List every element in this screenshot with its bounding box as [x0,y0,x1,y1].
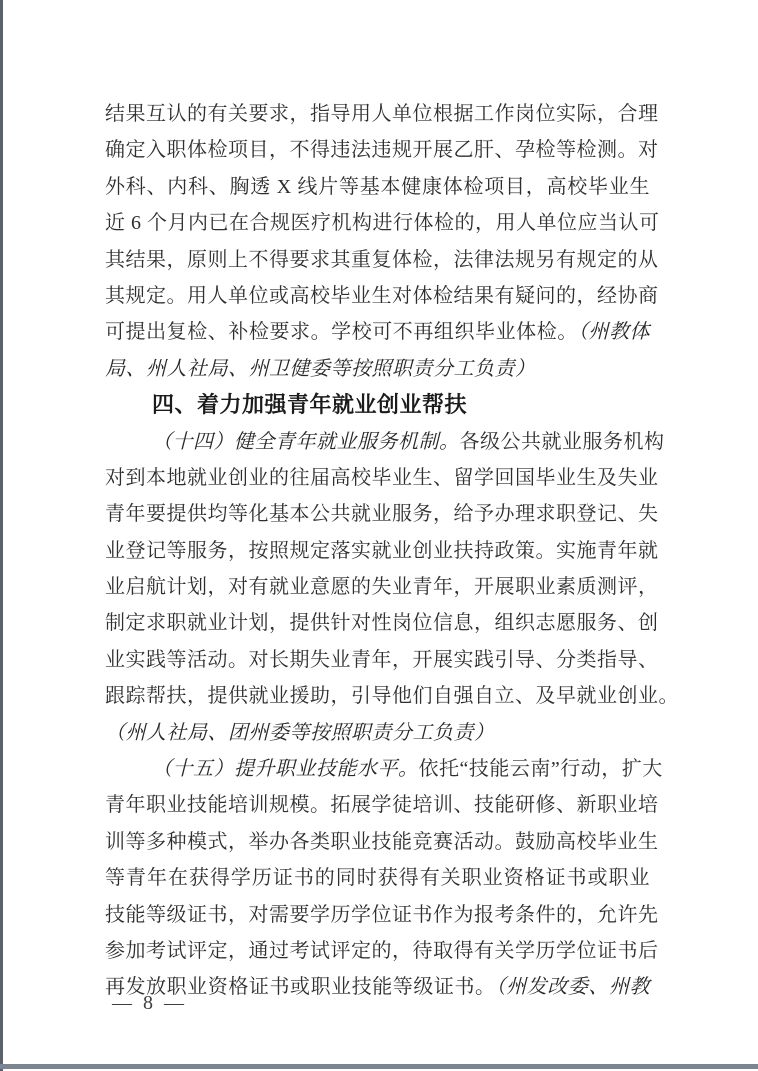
text-line: （州人社局、团州委等按照职责分工负责） [105,715,650,751]
text-line: 结果互认的有关要求，指导用人单位根据工作岗位实际，合理 [105,96,650,132]
scan-bottom-edge-line [0,1064,758,1069]
text-line: 青年职业技能培训规模。拓展学徒培训、技能研修、新职业培 [105,787,650,823]
text-line: 制定求职就业计划，提供针对性岗位信息，组织志愿服务、创 [105,605,650,641]
text-line: 技能等级证书，对需要学历学位证书作为报考条件的，允许先 [105,897,650,933]
body-text-segment: 青年职业技能培训规模。拓展学徒培训、技能研修、新职业培 [105,794,659,816]
attribution-text-segment: （州发改委、州教 [496,976,650,998]
body-text-segment: 可提出复检、补检要求。学校可不再组织毕业体检。 [105,321,578,343]
body-text-segment: 跟踪帮扶，提供就业援助，引导他们自强自立、及早就业创业。 [105,685,679,707]
body-text-segment: 制定求职就业计划，提供针对性岗位信息，组织志愿服务、创 [105,612,659,634]
text-line: 青年要提供均等化基本公共就业服务，给予办理求职登记、失 [105,496,650,532]
text-line: 其结果，原则上不得要求其重复体检，法律法规另有规定的从 [105,242,650,278]
attribution-text-segment: （十四）健全青年就业服务机制。 [152,431,460,453]
attribution-text-segment: （十五）提升职业技能水平。 [152,758,419,780]
body-text-segment: 青年要提供均等化基本公共就业服务，给予办理求职登记、失 [105,503,659,525]
text-line: 近 6 个月内已在合规医疗机构进行体检的，用人单位应当认可 [105,205,650,241]
body-text-segment: 等青年在获得学历证书的同时获得有关职业资格证书或职业 [105,867,650,889]
body-text-segment: 确定入职体检项目，不得违法违规开展乙肝、孕检等检测。对 [105,139,659,161]
text-line: 确定入职体检项目，不得违法违规开展乙肝、孕检等检测。对 [105,132,650,168]
text-line: 对到本地就业创业的往届高校毕业生、留学回国毕业生及失业 [105,460,650,496]
text-line: 局、州人社局、州卫健委等按照职责分工负责） [105,351,650,387]
text-line: 可提出复检、补检要求。学校可不再组织毕业体检。（州教体 [105,314,650,350]
scan-left-edge-line [0,0,3,1071]
attribution-text-segment: 局、州人社局、州卫健委等按照职责分工负责） [105,358,536,380]
text-line: 业启航计划，对有就业意愿的失业青年，开展职业素质测评， [105,569,650,605]
body-text-segment: 各级公共就业服务机构 [460,431,665,453]
section-heading: 四、着力加强青年就业创业帮扶 [105,387,650,423]
body-text-segment: 训等多种模式，举办各类职业技能竞赛活动。鼓励高校毕业生 [105,831,659,853]
body-text-segment: 近 6 个月内已在合规医疗机构进行体检的，用人单位应当认可 [105,212,660,234]
page-number: — 8 — [112,992,187,1015]
text-line: 训等多种模式，举办各类职业技能竞赛活动。鼓励高校毕业生 [105,824,650,860]
text-line: 业实践等活动。对长期失业青年，开展实践引导、分类指导、 [105,642,650,678]
text-line: 跟踪帮扶，提供就业援助，引导他们自强自立、及早就业创业。 [105,678,650,714]
text-line: 参加考试评定，通过考试评定的，待取得有关学历学位证书后 [105,933,650,969]
body-text-segment: 技能等级证书，对需要学历学位证书作为报考条件的，允许先 [105,904,659,926]
attribution-text-segment: （州教体 [578,321,650,343]
body-text-segment: 业登记等服务，按照规定落实就业创业扶持政策。实施青年就 [105,540,659,562]
text-line: （十五）提升职业技能水平。依托“技能云南”行动，扩大 [105,751,650,787]
text-line: 等青年在获得学历证书的同时获得有关职业资格证书或职业 [105,860,650,896]
body-text-segment: 业启航计划，对有就业意愿的失业青年，开展职业素质测评， [105,576,659,598]
text-line: （十四）健全青年就业服务机制。各级公共就业服务机构 [105,424,650,460]
body-text-segment: 外科、内科、胸透 X 线片等基本健康体检项目，高校毕业生 [105,176,650,198]
text-line: 外科、内科、胸透 X 线片等基本健康体检项目，高校毕业生 [105,169,650,205]
body-text-segment: 对到本地就业创业的往届高校毕业生、留学回国毕业生及失业 [105,467,659,489]
text-line: 业登记等服务，按照规定落实就业创业扶持政策。实施青年就 [105,533,650,569]
document-page: 结果互认的有关要求，指导用人单位根据工作岗位实际，合理确定入职体检项目，不得违法… [0,0,758,1071]
body-text-segment: 结果互认的有关要求，指导用人单位根据工作岗位实际，合理 [105,103,659,125]
document-body: 结果互认的有关要求，指导用人单位根据工作岗位实际，合理确定入职体检项目，不得违法… [105,96,650,1006]
body-text-segment: 业实践等活动。对长期失业青年，开展实践引导、分类指导、 [105,649,659,671]
body-text-segment: 参加考试评定，通过考试评定的，待取得有关学历学位证书后 [105,940,659,962]
text-line: 其规定。用人单位或高校毕业生对体检结果有疑问的，经协商 [105,278,650,314]
body-text-segment: 依托“技能云南”行动，扩大 [419,758,663,780]
body-text-segment: 其规定。用人单位或高校毕业生对体检结果有疑问的，经协商 [105,285,659,307]
body-text-segment: 其结果，原则上不得要求其重复体检，法律法规另有规定的从 [105,249,659,271]
heading-text: 四、着力加强青年就业创业帮扶 [152,392,467,417]
attribution-text-segment: （州人社局、团州委等按照职责分工负责） [105,722,495,744]
